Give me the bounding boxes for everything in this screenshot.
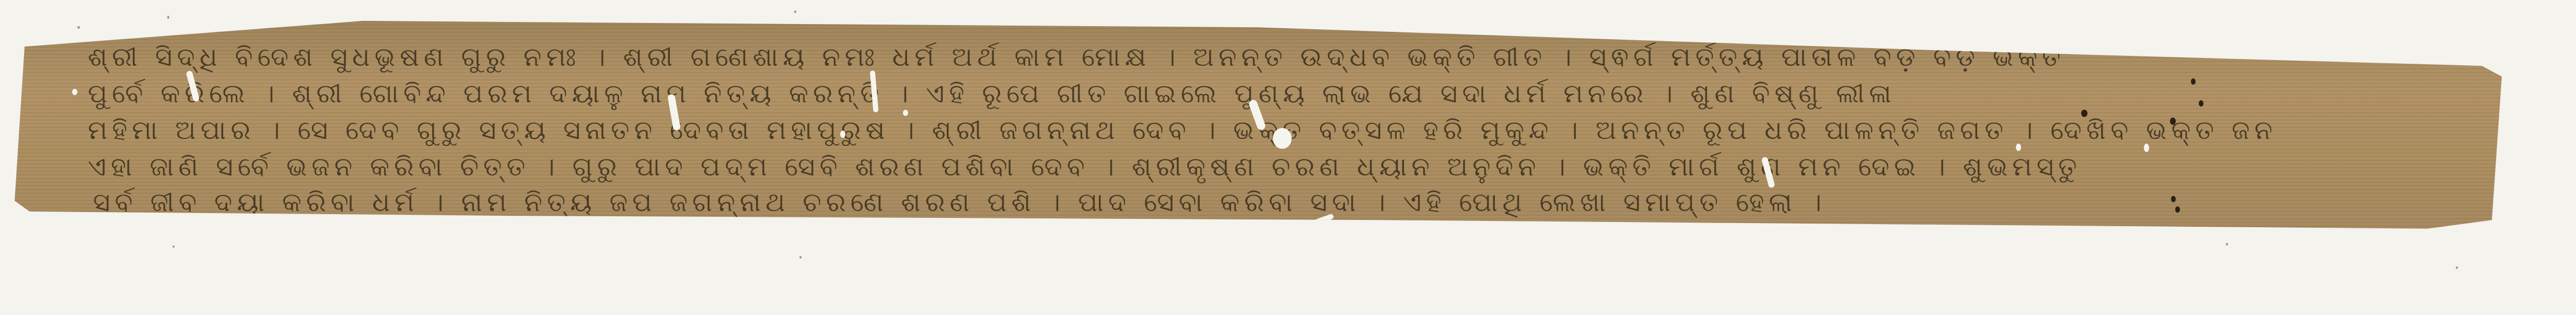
wormhole bbox=[2144, 144, 2149, 152]
wormhole bbox=[2016, 144, 2021, 151]
binding-hole bbox=[1273, 128, 1292, 149]
manuscript-line-2: ପୁର୍ବେ କରିଲେ । ଶ୍ରୀ ଗୋବିନ୍ଦ ପରମ ଦୟାଳୁ ନା… bbox=[88, 78, 1896, 109]
wormhole bbox=[840, 131, 845, 138]
wormhole bbox=[2199, 100, 2203, 107]
wormhole bbox=[903, 110, 908, 116]
manuscript-line-4: ଏହା ଜାଣି ସର୍ବେ ଭଜନ କରିବା ଚିତ୍ତ । ଗୁରୁ ପା… bbox=[88, 151, 2082, 182]
palm-leaf-manuscript: ଶ୍ରୀ ସିଦ୍ଧି ବିଦେଶ ସୁଧଭୂଷଣ ଗୁରୁ ନମଃ । ଶ୍ର… bbox=[15, 21, 2502, 235]
manuscript-line-1: ଶ୍ରୀ ସିଦ୍ଧି ବିଦେଶ ସୁଧଭୂଷଣ ଗୁରୁ ନମଃ । ଶ୍ର… bbox=[88, 42, 2066, 73]
manuscript-line-3: ମହିମା ଅପାର । ସେ ଦେବ ଗୁରୁ ସତ୍ୟ ସନାତନ ଦେବତ… bbox=[88, 115, 2277, 146]
wormhole bbox=[2175, 206, 2180, 213]
wormhole bbox=[72, 89, 77, 95]
wormhole bbox=[2170, 118, 2176, 125]
manuscript-line-5: ସର୍ବ ଜୀବ ଦୟା କରିବା ଧର୍ମ । ନାମ ନିତ୍ୟ ଜପ ଜ… bbox=[93, 187, 1826, 218]
wormhole bbox=[2191, 78, 2196, 85]
wormhole bbox=[2081, 110, 2087, 117]
wormhole bbox=[2171, 196, 2176, 202]
